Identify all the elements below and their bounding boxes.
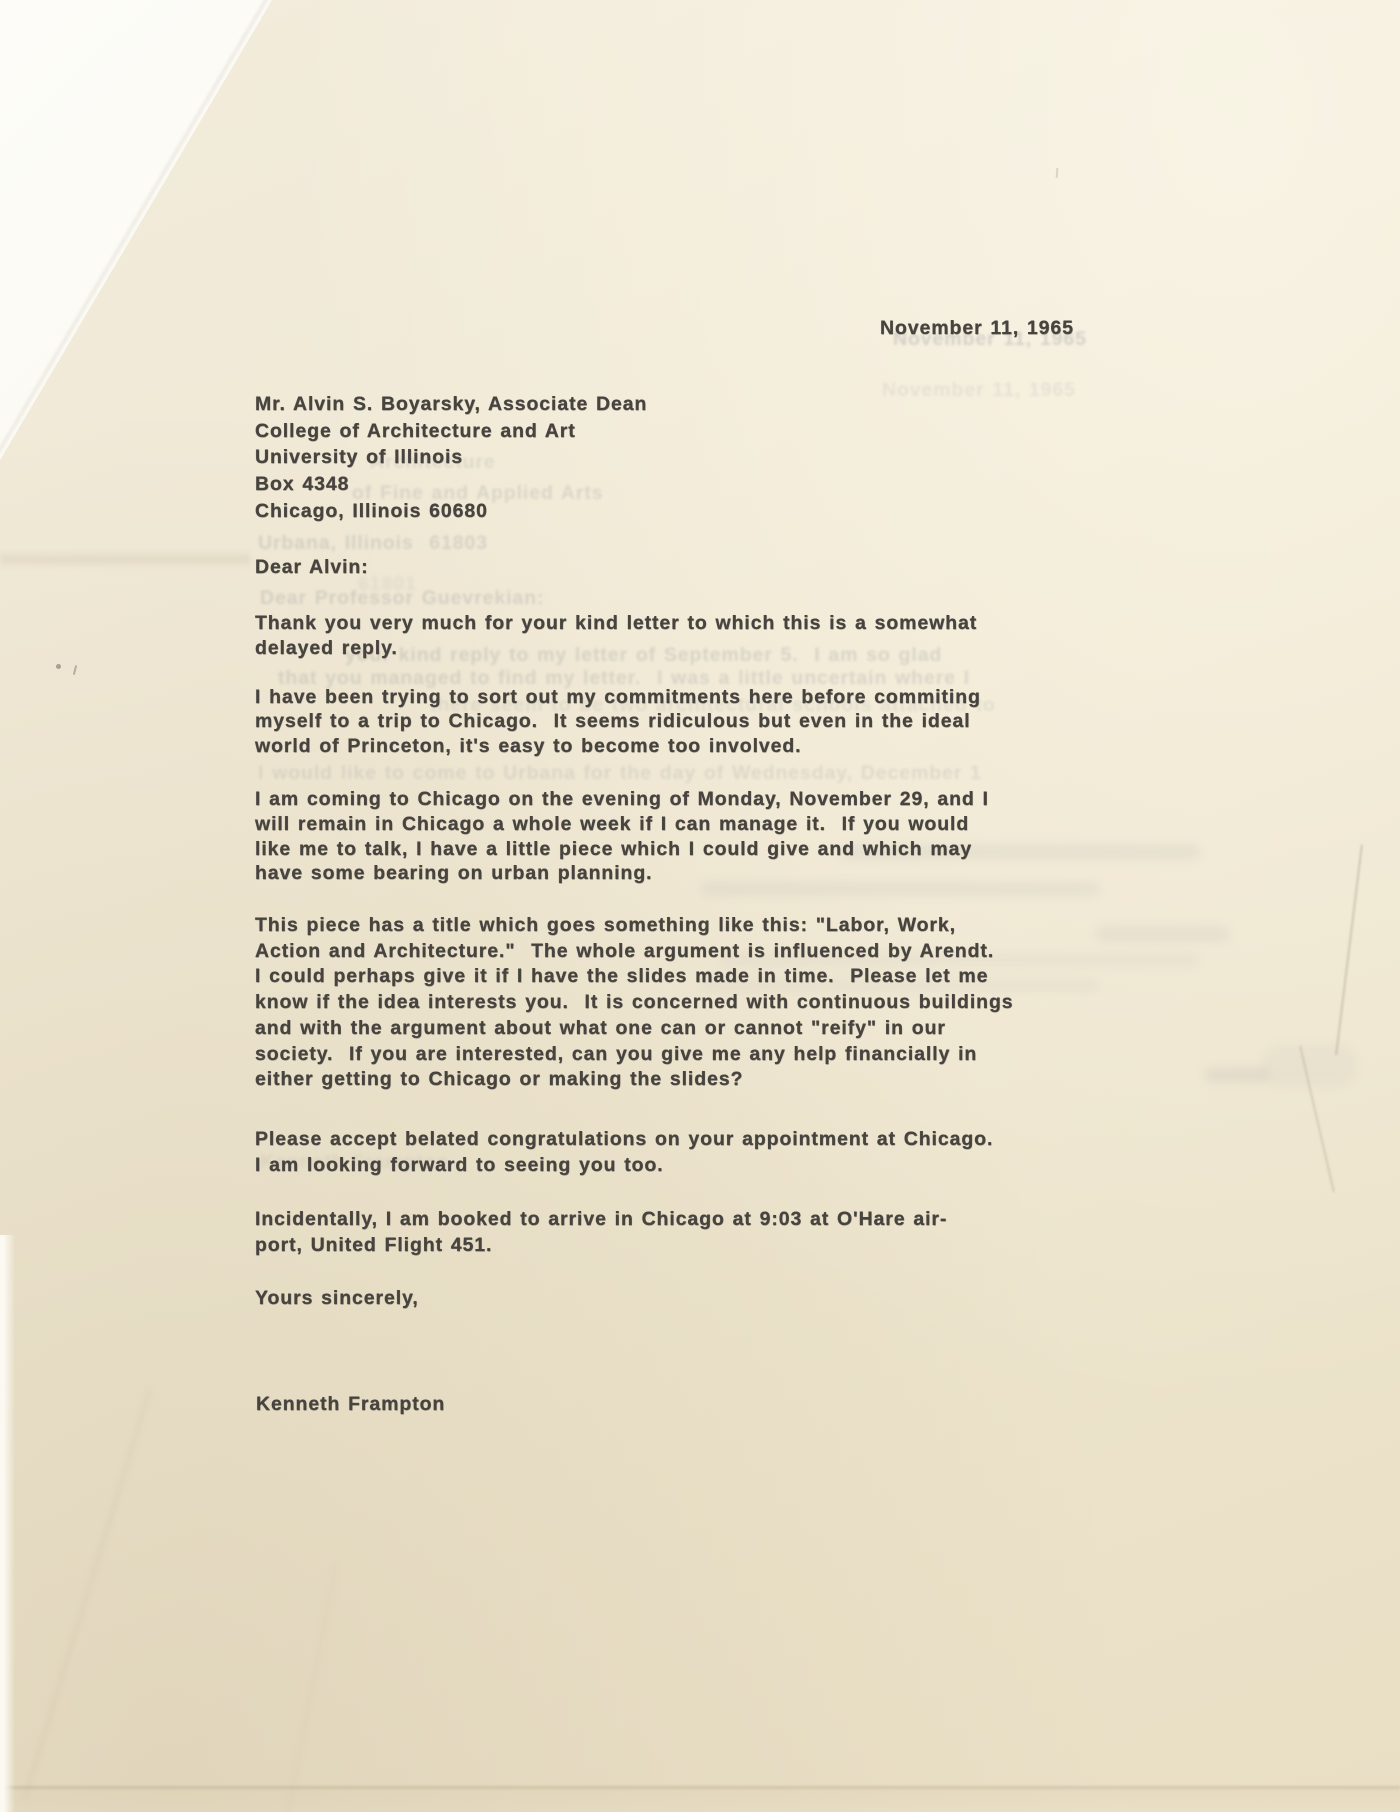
typed-line: port, United Flight 451. [255,1232,947,1258]
typed-line: I could perhaps give it if I have the sl… [255,964,1014,990]
closing: Yours sincerely, [255,1286,419,1311]
typed-line: and with the argument about what one can… [255,1016,1014,1042]
folded-page-corner [0,0,1400,1812]
typed-line: know if the idea interests you. It is co… [255,990,1014,1016]
typed-line: like me to talk, I have a little piece w… [255,837,989,862]
typed-line: either getting to Chicago or making the … [255,1067,1014,1093]
typed-line: I am coming to Chicago on the evening of… [255,787,989,812]
salutation-text: Dear Alvin: [255,555,369,580]
ink-smudge [1205,1068,1270,1082]
date-text: November 11, 1965 [880,316,1074,341]
body-paragraph-6: Incidentally, I am booked to arrive in C… [255,1206,947,1258]
typed-line: Incidentally, I am booked to arrive in C… [255,1206,947,1232]
typed-line: society. If you are interested, can you … [255,1042,1014,1068]
typed-line: University of Illinois [255,444,647,471]
ghost-text-line: November 11, 1965 [882,378,1076,403]
ghost-text-line: I would like to come to Urbana for the d… [258,761,982,786]
salutation: Dear Alvin: [255,555,369,580]
body-paragraph-4: This piece has a title which goes someth… [255,913,1014,1093]
body-paragraph-5: Please accept belated congratulations on… [255,1126,993,1178]
typed-line: College of Architecture and Art [255,418,647,445]
typed-line: world of Princeton, it's easy to become … [255,734,981,758]
typed-line: Please accept belated congratulations on… [255,1126,993,1152]
ghost-text-line: Dear Professor Guevrekian: [260,586,544,611]
typed-line: I have been trying to sort out my commit… [255,685,981,709]
ink-speck [73,665,77,675]
typed-line: have some bearing on urban planning. [255,861,989,886]
body-paragraph-3: I am coming to Chicago on the evening of… [255,787,989,886]
typed-line: myself to a trip to Chicago. It seems ri… [255,709,981,733]
signature-name: Kenneth Frampton [256,1392,445,1417]
paper-streak [285,1562,338,1812]
ink-smudge [1095,926,1230,942]
typed-line: Chicago, Illinois 60680 [255,498,647,525]
typed-line: will remain in Chicago a whole week if I… [255,812,989,837]
typed-line: Mr. Alvin S. Boyarsky, Associate Dean [255,391,647,418]
ink-speck [56,664,61,669]
signature-text: Kenneth Frampton [256,1392,445,1417]
body-paragraph-1: Thank you very much for your kind letter… [255,611,977,661]
recipient-address-block: Mr. Alvin S. Boyarsky, Associate DeanCol… [255,391,647,525]
typed-line: I am looking forward to seeing you too. [255,1152,993,1178]
page-left-edge [0,1235,15,1812]
ghost-text-line: Urbana, Illinois 61803 [258,531,488,556]
typed-line: delayed reply. [255,636,977,661]
scanned-letter-photo: November 11, 1965 November 11, 1965 Arch… [0,0,1400,1812]
typed-line: Thank you very much for your kind letter… [255,611,977,636]
body-paragraph-2: I have been trying to sort out my commit… [255,685,981,758]
typed-line: Box 4348 [255,471,647,498]
diagonal-crease [1335,845,1363,1056]
paper-streak [22,1389,152,1801]
horizontal-crease [0,550,250,568]
letter-date: November 11, 1965 [880,316,1074,341]
page-bottom-shading [0,1789,1400,1812]
typed-line: Action and Architecture." The whole argu… [255,939,1014,965]
fold-crease-line [0,0,283,455]
typed-line: This piece has a title which goes someth… [255,913,1014,939]
ink-speck [1056,168,1059,178]
closing-text: Yours sincerely, [255,1286,419,1311]
letter-page: November 11, 1965 November 11, 1965 Arch… [0,0,1400,1812]
